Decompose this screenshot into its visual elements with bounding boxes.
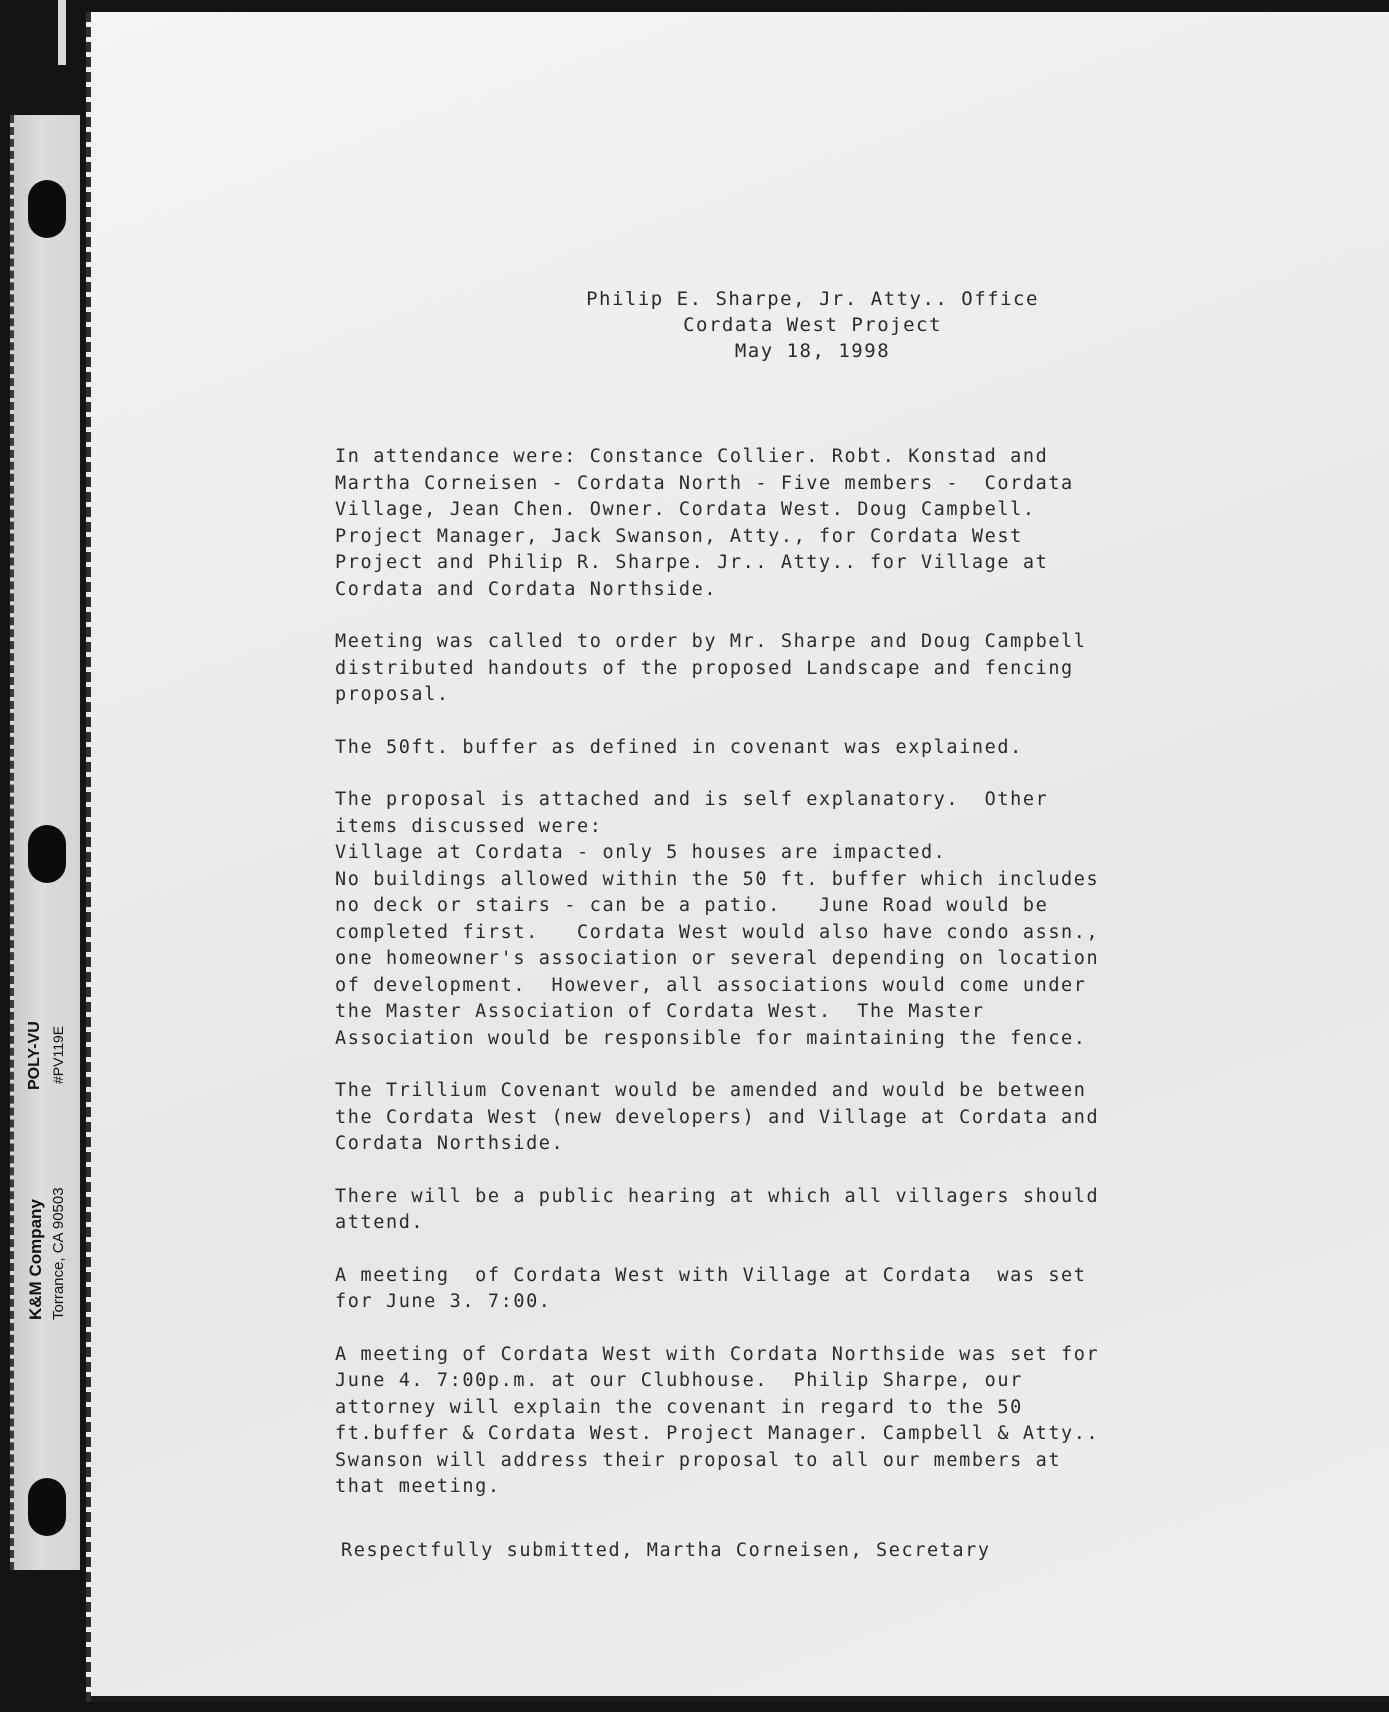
- document-header: Philip E. Sharpe, Jr. Atty.. Office Cord…: [91, 286, 1389, 364]
- paragraph: There will be a public hearing at which …: [335, 1184, 1295, 1237]
- text-line: A meeting of Cordata West with Cordata N…: [335, 1342, 1295, 1369]
- paragraph: In attendance were: Constance Collier. R…: [335, 444, 1295, 603]
- document: Philip E. Sharpe, Jr. Atty.. Office Cord…: [91, 12, 1389, 1702]
- text-line: Cordata Northside.: [335, 1131, 1295, 1158]
- text-line: Cordata and Cordata Northside.: [335, 577, 1295, 604]
- text-line: the Master Association of Cordata West. …: [335, 999, 1295, 1026]
- text-line: Meeting was called to order by Mr. Sharp…: [335, 629, 1295, 656]
- text-line: Village, Jean Chen. Owner. Cordata West.…: [335, 497, 1295, 524]
- paragraph: The Trillium Covenant would be amended a…: [335, 1078, 1295, 1158]
- paragraph: The 50ft. buffer as defined in covenant …: [335, 735, 1295, 762]
- text-line: There will be a public hearing at which …: [335, 1184, 1295, 1211]
- document-body: In attendance were: Constance Collier. R…: [335, 444, 1295, 1527]
- signature-line: Respectfully submitted, Martha Corneisen…: [341, 1540, 991, 1561]
- paragraph: A meeting of Cordata West with Village a…: [335, 1263, 1295, 1316]
- protector-tab: [58, 0, 66, 65]
- text-line: attend.: [335, 1210, 1295, 1237]
- paragraph: The proposal is attached and is self exp…: [335, 787, 1295, 1052]
- binder-hole-top: [28, 180, 66, 238]
- text-line: Project Manager, Jack Swanson, Atty., fo…: [335, 524, 1295, 551]
- text-line: The proposal is attached and is self exp…: [335, 787, 1295, 814]
- text-line: The Trillium Covenant would be amended a…: [335, 1078, 1295, 1105]
- text-line: The 50ft. buffer as defined in covenant …: [335, 735, 1295, 762]
- label-product-code: #PV119E: [50, 1026, 66, 1084]
- text-line: No buildings allowed within the 50 ft. b…: [335, 867, 1295, 894]
- text-line: Village at Cordata - only 5 houses are i…: [335, 840, 1295, 867]
- text-line: items discussed were:: [335, 814, 1295, 841]
- text-line: proposal.: [335, 682, 1295, 709]
- paragraph: Meeting was called to order by Mr. Sharp…: [335, 629, 1295, 709]
- text-line: one homeowner's association or several d…: [335, 946, 1295, 973]
- text-line: no deck or stairs - can be a patio. June…: [335, 893, 1295, 920]
- text-line: June 4. 7:00p.m. at our Clubhouse. Phili…: [335, 1368, 1295, 1395]
- paper-sheet: Philip E. Sharpe, Jr. Atty.. Office Cord…: [86, 12, 1389, 1702]
- header-project: Cordata West Project: [231, 312, 1389, 338]
- text-line: ft.buffer & Cordata West. Project Manage…: [335, 1421, 1295, 1448]
- binder-hole-middle: [28, 825, 66, 883]
- text-line: the Cordata West (new developers) and Vi…: [335, 1105, 1295, 1132]
- text-line: of development. However, all association…: [335, 973, 1295, 1000]
- text-line: Martha Corneisen - Cordata North - Five …: [335, 471, 1295, 498]
- text-line: for June 3. 7:00.: [335, 1289, 1295, 1316]
- text-line: completed first. Cordata West would also…: [335, 920, 1295, 947]
- header-date: May 18, 1998: [231, 338, 1389, 364]
- label-brand: POLY-VU: [26, 1021, 44, 1090]
- text-line: attorney will explain the covenant in re…: [335, 1395, 1295, 1422]
- text-line: In attendance were: Constance Collier. R…: [335, 444, 1295, 471]
- text-line: A meeting of Cordata West with Village a…: [335, 1263, 1295, 1290]
- text-line: that meeting.: [335, 1474, 1295, 1501]
- label-address: Torrance, CA 90503: [50, 1187, 67, 1320]
- paragraph: A meeting of Cordata West with Cordata N…: [335, 1342, 1295, 1501]
- text-line: Association would be responsible for mai…: [335, 1026, 1295, 1053]
- text-line: distributed handouts of the proposed Lan…: [335, 656, 1295, 683]
- text-line: Project and Philip R. Sharpe. Jr.. Atty.…: [335, 550, 1295, 577]
- label-company: K&M Company: [26, 1199, 46, 1320]
- text-line: Swanson will address their proposal to a…: [335, 1448, 1295, 1475]
- protector-label: K&M Company Torrance, CA 90503 POLY-VU #…: [18, 1000, 78, 1320]
- binder-hole-bottom: [28, 1478, 66, 1536]
- header-office: Philip E. Sharpe, Jr. Atty.. Office: [231, 286, 1389, 312]
